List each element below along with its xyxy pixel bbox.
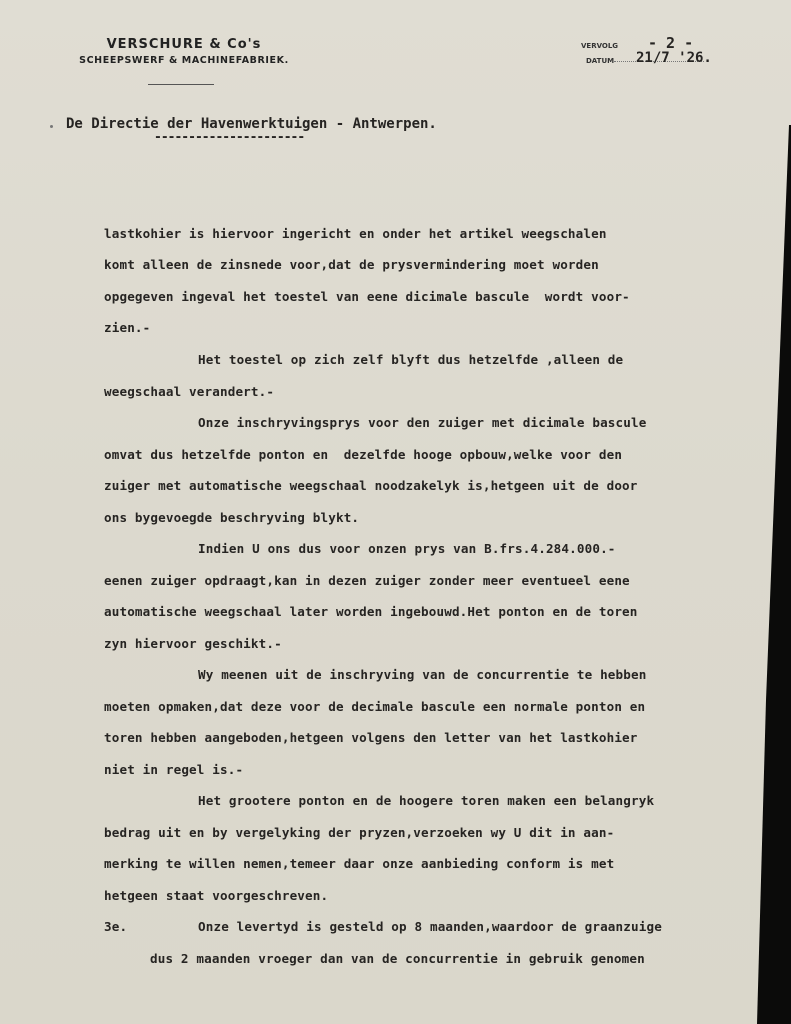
body-line: eenen zuiger opdraagt,kan in dezen zuige… — [104, 573, 630, 588]
datum-label: DATUM — [586, 57, 614, 65]
body-line: Indien U ons dus voor onzen prys van B.f… — [198, 541, 616, 556]
body-line: moeten opmaken,dat deze voor de decimale… — [104, 699, 645, 714]
body-line: dus 2 maanden vroeger dan van de concurr… — [150, 951, 645, 966]
company-subtitle: SCHEEPSWERF & MACHINEFABRIEK. — [54, 55, 314, 66]
paper-speck — [50, 125, 53, 128]
body-line: omvat dus hetzelfde ponton en dezelfde h… — [104, 447, 622, 462]
body-line: zien.- — [104, 320, 150, 335]
recipient-underline: ---------------------- — [154, 130, 304, 145]
body-line: bedrag uit en by vergelyking der pryzen,… — [104, 825, 614, 840]
body-line: hetgeen staat voorgeschreven. — [104, 888, 328, 903]
body-line: niet in regel is.- — [104, 762, 243, 777]
body-line: Onze levertyd is gesteld op 8 maanden,wa… — [198, 919, 662, 934]
body-line: Het toestel op zich zelf blyft dus hetze… — [198, 352, 623, 367]
body-line: komt alleen de zinsnede voor,dat de prys… — [104, 257, 599, 272]
body-line: Wy meenen uit de inschryving van de conc… — [198, 667, 646, 682]
item-number: 3e. — [104, 919, 127, 934]
body-line: merking te willen nemen,temeer daar onze… — [104, 856, 614, 871]
body-line: zuiger met automatische weegschaal noodz… — [104, 478, 638, 493]
body-line: opgegeven ingeval het toestel van eene d… — [104, 289, 630, 304]
letter-date: 21/7 '26. — [636, 50, 712, 66]
body-line: toren hebben aangeboden,hetgeen volgens … — [104, 730, 638, 745]
body-line: ons bygevoegde beschryving blykt. — [104, 510, 359, 525]
letter-page: VERSCHURE & Co's SCHEEPSWERF & MACHINEFA… — [0, 0, 791, 1024]
body-line: zyn hiervoor geschikt.- — [104, 636, 282, 651]
body-line: automatische weegschaal later worden ing… — [104, 604, 638, 619]
vervolg-label: VERVOLG — [581, 42, 618, 50]
body-line: weegschaal verandert.- — [104, 384, 274, 399]
body-line: Het grootere ponton en de hoogere toren … — [198, 793, 654, 808]
body-line: Onze inschryvingsprys voor den zuiger me… — [198, 415, 646, 430]
letterhead-rule — [148, 84, 214, 85]
company-name: VERSCHURE & Co's — [54, 37, 314, 52]
body-line: lastkohier is hiervoor ingericht en onde… — [104, 226, 607, 241]
letterhead: VERSCHURE & Co's SCHEEPSWERF & MACHINEFA… — [54, 37, 314, 66]
